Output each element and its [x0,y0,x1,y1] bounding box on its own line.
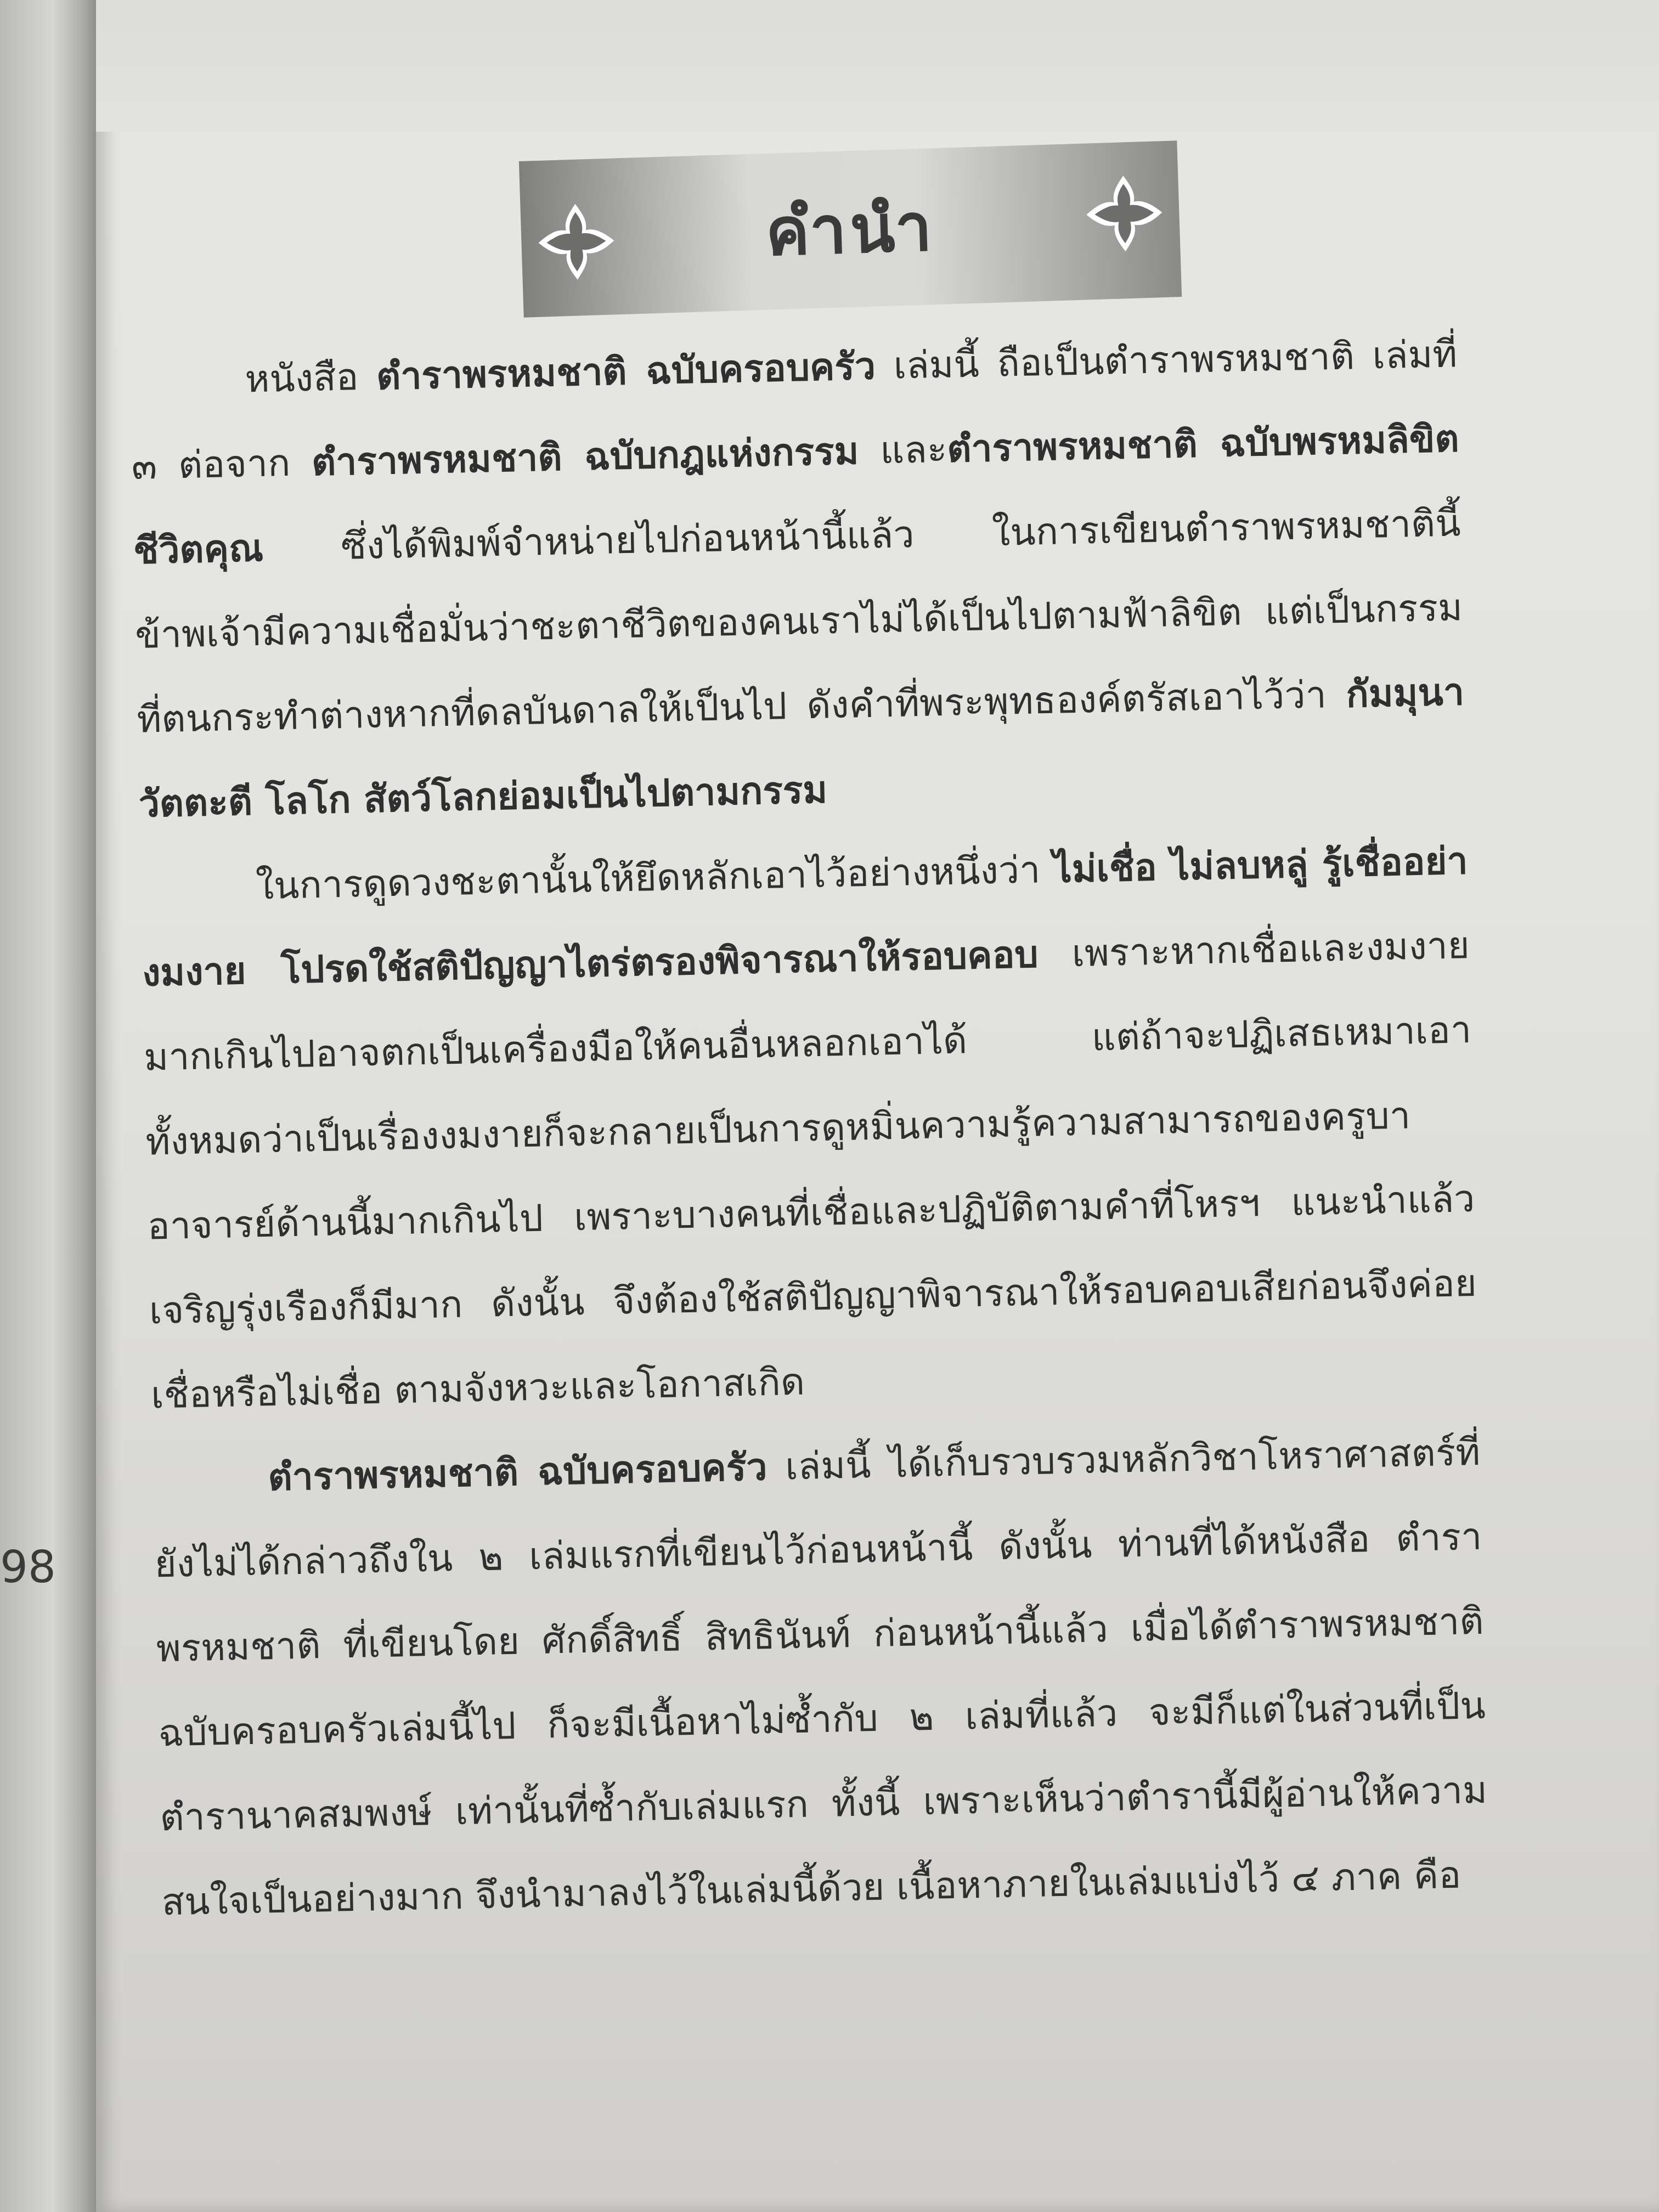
book-title-bold: ตำราพรหมชาติ ฉบับครอบครัว [268,1446,768,1499]
paragraph-1: หนังสือ ตำราพรหมชาติ ฉบับครอบครัว เล่มนี… [129,312,1467,847]
text-segment: หนังสือ [245,356,377,402]
preface-body: หนังสือ ตำราพรหมชาติ ฉบับครอบครัว เล่มนี… [129,312,1490,1945]
paragraph-3: ตำราพรหมชาติ ฉบับครอบครัว เล่มนี้ ได้เก็… [152,1410,1490,1945]
page-number: 98 [0,1542,56,1593]
flower-ornament-icon [1082,171,1167,256]
flower-ornament-icon [534,199,619,284]
paragraph-2: ในการดูดวงชะตานั้นให้ยึดหลักเอาไว้อย่างห… [139,819,1479,1438]
text-segment: เพราะหากเชื่อและงมงายมากเกินไปอาจตกเป็นเ… [144,924,1477,1417]
title-banner: คำนำ [519,140,1182,318]
facing-page-edge [0,0,96,2212]
text-segment: และ [859,428,947,473]
text-segment: ซึ่งได้พิมพ์จำหน่ายไปก่อนหน้านี้แล้ว ในก… [134,501,1463,742]
text-segment: เล่มนี้ ได้เก็บรวบรวมหลักวิชาโหราศาสตร์ท… [154,1431,1488,1924]
book-title-bold: ตำราพรหมชาติ ฉบับครอบครัว [376,345,876,399]
text-segment: ในการดูดวงชะตานั้นให้ยึดหลักเอาไว้อย่างห… [255,848,1053,908]
book-title-bold: ตำราพรหมชาติ ฉบับกฎแห่งกรรม [311,430,859,484]
page-title: คำนำ [764,174,937,284]
page-top-band [96,0,1659,132]
